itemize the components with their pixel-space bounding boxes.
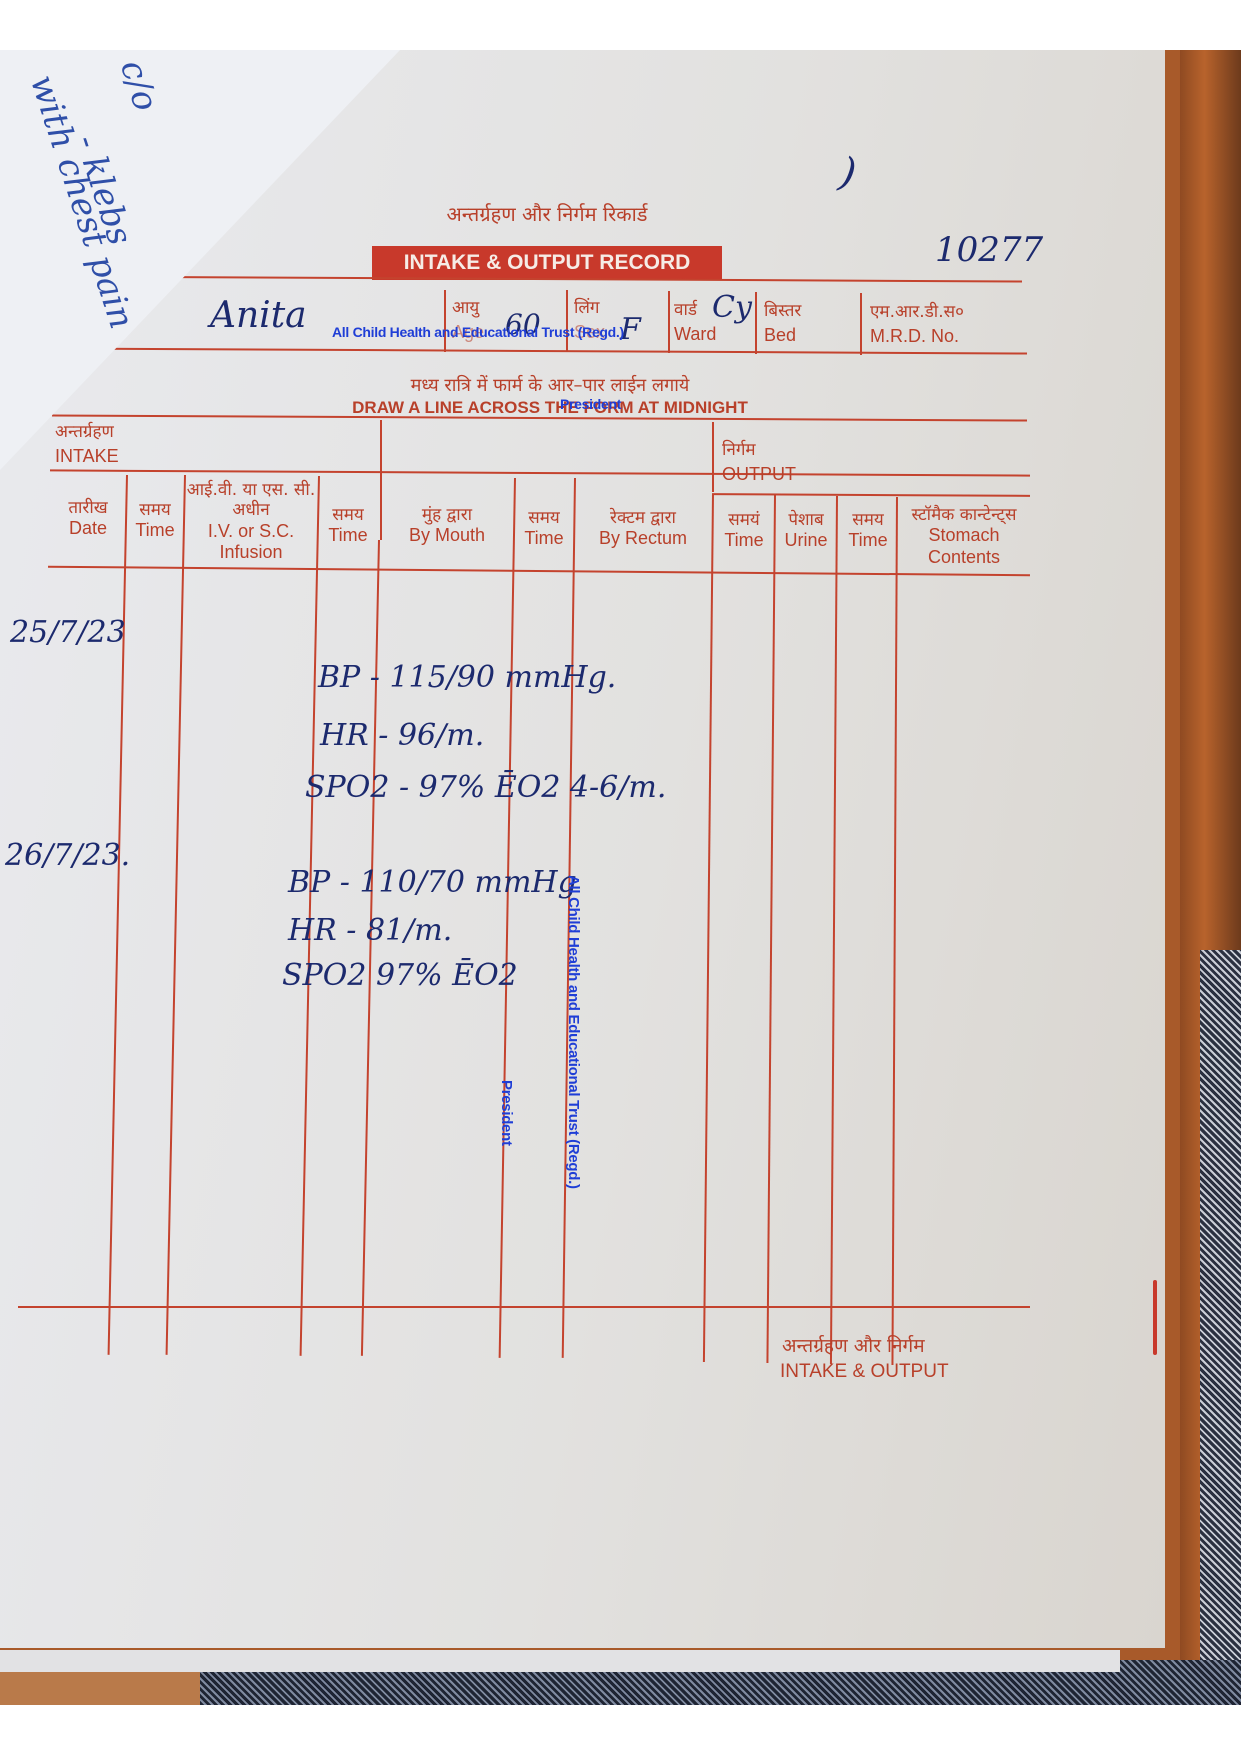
col-header-time-1: समय Time <box>126 500 184 542</box>
col-header-stomach-contents: स्टॉमैक कान्टेन्ट्स Stomach Contents <box>900 505 1028 569</box>
title-hindi: अन्तर्ग्रहण और निर्गम रिकार्ड <box>372 202 722 226</box>
bed-label: Bed <box>764 325 796 347</box>
footer-hindi: अन्तर्ग्रहण और निर्गम <box>782 1335 925 1358</box>
rule <box>48 566 1030 577</box>
name-value: Anita <box>210 295 307 336</box>
footer-english: INTAKE & OUTPUT <box>780 1361 949 1384</box>
col-header-time-2: समय Time <box>318 505 378 547</box>
bed-label-hindi: बिस्तर <box>764 301 801 321</box>
column-rule <box>830 496 838 1364</box>
age-label-hindi: आयु <box>452 298 479 318</box>
table-bottom-rule <box>18 1306 1030 1308</box>
instruction-hindi: मध्य रात्रि में फार्म के आर–पार लाईन लगा… <box>300 375 800 397</box>
pen-mark: ) <box>836 149 859 197</box>
col-header-time-4: समयं Time <box>714 510 774 552</box>
col-header-date: तारीख Date <box>52 498 124 540</box>
record-number: 10277 <box>935 230 1043 270</box>
col-header-urine: पेशाब Urine <box>776 510 836 552</box>
document-photo: SIC Chinta Se Mukti अन्तर्ग्रहण और निर्ग… <box>0 50 1241 1705</box>
margin-tick <box>1153 1280 1157 1355</box>
intake-section-label: INTAKE <box>55 446 119 468</box>
entry-1-bp: BP - 115/90 mmHg. <box>318 660 616 695</box>
intake-section-hindi: अन्तर्ग्रहण <box>55 422 114 442</box>
col-header-iv-infusion: आई.वी. या एस. सी. अधीन I.V. or S.C. Infu… <box>186 480 316 564</box>
rule <box>52 347 1027 354</box>
rule <box>50 469 1030 476</box>
divider <box>712 422 714 492</box>
column-rule <box>703 494 714 1362</box>
entry-2-spo2: SPO2 97% ĒO2 <box>282 958 518 993</box>
trust-stamp-vertical: All Child Health and Educational Trust (… <box>565 875 582 1189</box>
ward-label: Ward <box>674 324 716 346</box>
entry-2-bp: BP - 110/70 mmHg <box>288 865 577 900</box>
column-rule <box>166 475 186 1355</box>
col-header-by-mouth: मुंह द्वारा By Mouth <box>382 505 512 547</box>
mrd-label: M.R.D. No. <box>870 326 959 348</box>
trust-stamp-horizontal: All Child Health and Educational Trust (… <box>332 324 624 340</box>
entry-1-hr: HR - 96/m. <box>320 718 484 753</box>
title-banner: INTAKE & OUTPUT RECORD <box>372 246 722 280</box>
column-rule <box>766 495 776 1363</box>
divider <box>566 290 568 352</box>
president-stamp-horizontal: President <box>560 396 621 412</box>
col-header-by-rectum: रेक्टम द्वारा By Rectum <box>576 508 710 550</box>
column-rule <box>891 497 898 1365</box>
entry-1-date: 25/7/23 <box>10 615 126 650</box>
entry-1-spo2: SPO2 - 97% ĒO2 4-6/m. <box>305 770 666 805</box>
president-stamp-vertical: President <box>498 1080 515 1146</box>
col-header-time-3: समय Time <box>514 508 574 550</box>
column-rule <box>108 475 128 1355</box>
entry-2-hr: HR - 81/m. <box>288 913 452 948</box>
entry-2-date: 26/7/23. <box>5 838 130 873</box>
ward-value: Cy <box>712 290 752 325</box>
background-cloth <box>1200 950 1241 1705</box>
sex-label-hindi: लिंग <box>574 298 600 318</box>
output-section-label: OUTPUT <box>722 464 796 486</box>
under-sheet <box>0 1650 1120 1672</box>
ward-label-hindi: वार्ड <box>674 300 697 320</box>
divider <box>668 291 670 353</box>
rule <box>712 493 1030 497</box>
output-section-hindi: निर्गम <box>722 440 756 460</box>
divider <box>755 292 757 354</box>
column-rule <box>499 478 516 1358</box>
divider <box>444 290 446 352</box>
divider <box>860 293 862 355</box>
mrd-label-hindi: एम.आर.डी.स० <box>870 302 964 322</box>
col-header-time-5: समय Time <box>838 510 898 552</box>
intake-output-form: SIC Chinta Se Mukti अन्तर्ग्रहण और निर्ग… <box>0 50 1165 1648</box>
